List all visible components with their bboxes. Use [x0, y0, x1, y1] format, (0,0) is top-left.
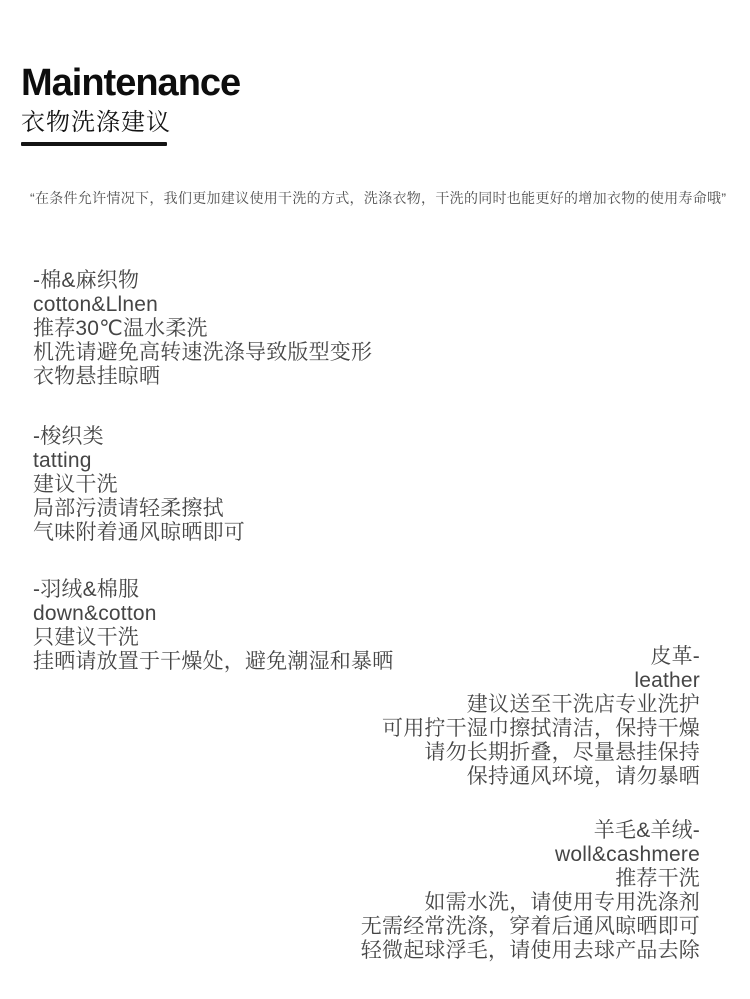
category-title-en: down&cotton: [33, 602, 393, 626]
care-instruction: 如需水洗，请使用专用洗涤剂: [361, 891, 700, 915]
category-title-en: tatting: [33, 449, 245, 473]
category-title-cn: -棉&麻织物: [33, 269, 372, 293]
care-instruction: 保持通风环境，请勿暴晒: [382, 765, 700, 789]
care-instruction: 挂晒请放置于干燥处，避免潮湿和暴晒: [33, 650, 393, 674]
care-instruction: 请勿长期折叠，尽量悬挂保持: [382, 741, 700, 765]
care-instruction: 气味附着通风晾晒即可: [33, 521, 245, 545]
section-leather: 皮革- leather 建议送至干洗店专业洗护 可用拧干湿巾擦拭清洁，保持干燥 …: [382, 645, 700, 789]
category-title-cn: 羊毛&羊绒-: [361, 819, 700, 843]
care-instruction: 轻微起球浮毛，请使用去球产品去除: [361, 939, 700, 963]
title-underline: [21, 142, 167, 146]
section-down-cotton: -羽绒&棉服 down&cotton 只建议干洗 挂晒请放置于干燥处，避免潮湿和…: [33, 578, 393, 674]
care-instruction: 机洗请避免高转速洗涤导致版型变形: [33, 341, 372, 365]
care-instruction: 建议送至干洗店专业洗护: [382, 693, 700, 717]
care-instruction: 可用拧干湿巾擦拭清洁，保持干燥: [382, 717, 700, 741]
category-title-cn: -梭织类: [33, 425, 245, 449]
maintenance-page: Maintenance 衣物洗涤建议 “在条件允许情况下，我们更加建议使用干洗的…: [0, 0, 750, 999]
care-instruction: 无需经常洗涤，穿着后通风晾晒即可: [361, 915, 700, 939]
page-subtitle: 衣物洗涤建议: [21, 110, 240, 136]
section-tatting: -梭织类 tatting 建议干洗 局部污渍请轻柔擦拭 气味附着通风晾晒即可: [33, 425, 245, 545]
care-instruction: 衣物悬挂晾晒: [33, 365, 372, 389]
care-instruction: 只建议干洗: [33, 626, 393, 650]
category-title-en: cotton&Llnen: [33, 293, 372, 317]
section-cotton-linen: -棉&麻织物 cotton&Llnen 推荐30℃温水柔洗 机洗请避免高转速洗涤…: [33, 269, 372, 389]
care-instruction: 推荐干洗: [361, 867, 700, 891]
care-instruction: 推荐30℃温水柔洗: [33, 317, 372, 341]
section-wool-cashmere: 羊毛&羊绒- woll&cashmere 推荐干洗 如需水洗，请使用专用洗涤剂 …: [361, 819, 700, 963]
category-title-en: woll&cashmere: [361, 843, 700, 867]
category-title-cn: -羽绒&棉服: [33, 578, 393, 602]
page-header: Maintenance 衣物洗涤建议: [21, 62, 240, 146]
category-title-en: leather: [382, 669, 700, 693]
advice-quote: “在条件允许情况下，我们更加建议使用干洗的方式，洗涤衣物，干洗的同时也能更好的增…: [30, 188, 726, 208]
category-title-cn: 皮革-: [382, 645, 700, 669]
care-instruction: 建议干洗: [33, 473, 245, 497]
care-instruction: 局部污渍请轻柔擦拭: [33, 497, 245, 521]
page-title: Maintenance: [21, 62, 240, 104]
